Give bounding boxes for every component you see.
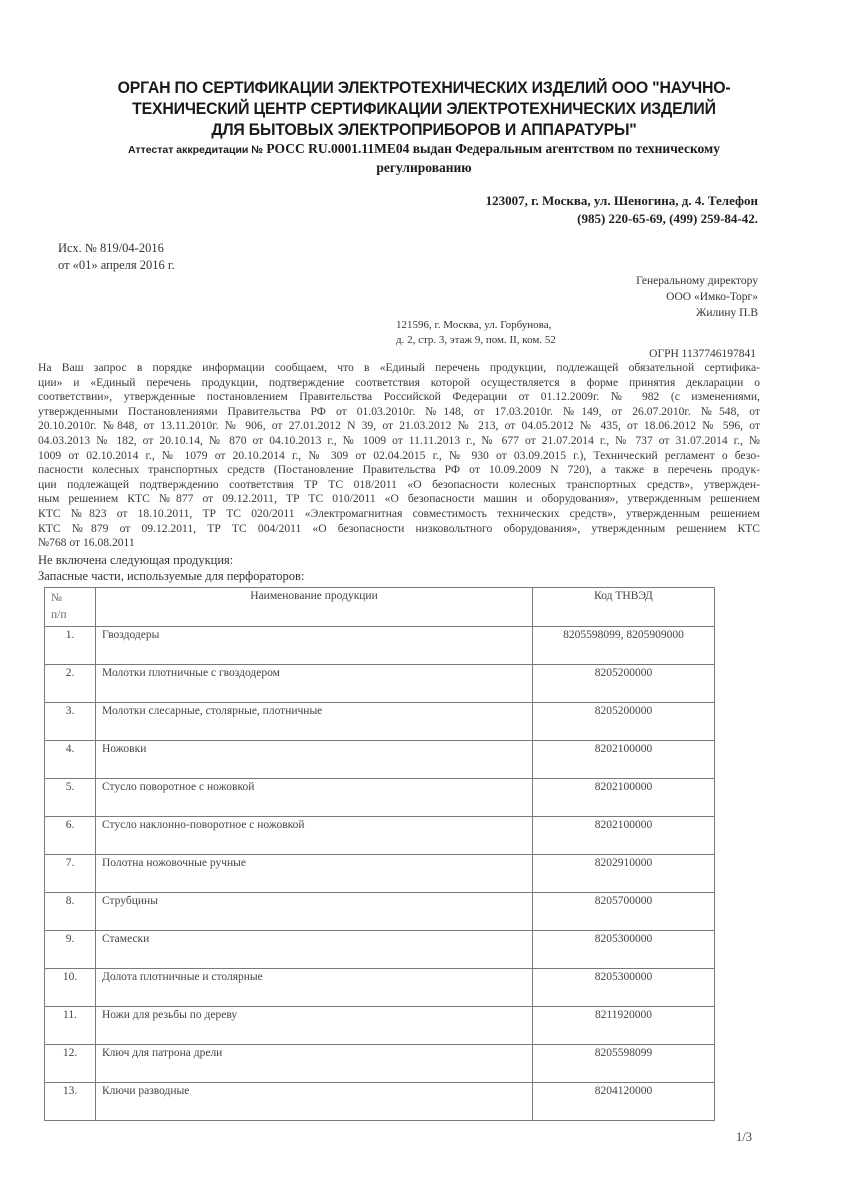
row-tnved-code: 8205598099 — [533, 1045, 715, 1083]
letter-body: На Ваш запрос в порядке информации сообщ… — [38, 361, 760, 551]
row-product-name: Гвоздодеры — [96, 627, 533, 665]
body-line: №768 от 16.08.2011 — [38, 536, 760, 551]
products-table: №п/п Наименование продукции Код ТНВЭД 1.… — [44, 587, 715, 1121]
organization-address: 123007, г. Москва, ул. Шеногина, д. 4. Т… — [486, 192, 758, 228]
row-product-name: Стусло поворотное с ножовкой — [96, 779, 533, 817]
page-number: 1/3 — [736, 1130, 752, 1145]
row-tnved-code: 8205598099, 8205909000 — [533, 627, 715, 665]
row-tnved-code: 8205700000 — [533, 893, 715, 931]
row-number: 11. — [45, 1007, 96, 1045]
row-product-name: Долота плотничные и столярные — [96, 969, 533, 1007]
table-row: 8.Струбцины8205700000 — [45, 893, 715, 931]
row-number: 4. — [45, 741, 96, 779]
table-row: 13.Ключи разводные8204120000 — [45, 1083, 715, 1121]
table-row: 2.Молотки плотничные с гвоздодером820520… — [45, 665, 715, 703]
row-tnved-code: 8202910000 — [533, 855, 715, 893]
table-header-row: №п/п Наименование продукции Код ТНВЭД — [45, 588, 715, 627]
recipient-address-line: 121596, г. Москва, ул. Горбунова, — [396, 318, 556, 333]
header-number: №п/п — [45, 588, 96, 627]
table-body: 1.Гвоздодеры8205598099, 82059090002.Моло… — [45, 627, 715, 1121]
org-title-line: ТЕХНИЧЕСКИЙ ЦЕНТР СЕРТИФИКАЦИИ ЭЛЕКТРОТЕ… — [17, 99, 831, 120]
recipient-ogrn: ОГРН 1137746197841 — [649, 348, 756, 360]
row-product-name: Стамески — [96, 931, 533, 969]
body-line: ным решением КТС №877 от 09.12.2011, ТР … — [38, 492, 760, 507]
recipient-address-line: д. 2, стр. 3, этаж 9, пом. II, ком. 52 — [396, 333, 556, 348]
outgoing-reference: Исх. № 819/04-2016 от «01» апреля 2016 г… — [58, 240, 175, 274]
recipient-position: Генеральному директору — [636, 273, 758, 289]
row-product-name: Ножи для резьбы по дереву — [96, 1007, 533, 1045]
table-row: 1.Гвоздодеры8205598099, 8205909000 — [45, 627, 715, 665]
body-line: соответствии», утвержденные постановлени… — [38, 390, 760, 405]
recipient-company: ООО «Имко-Торг» — [636, 289, 758, 305]
body-line: 20.10.2010г. №848, от 13.11.2010г. № 906… — [38, 419, 760, 434]
table-row: 9.Стамески8205300000 — [45, 931, 715, 969]
row-product-name: Стусло наклонно-поворотное с ножовкой — [96, 817, 533, 855]
row-product-name: Ключи разводные — [96, 1083, 533, 1121]
table-row: 12.Ключ для патрона дрели8205598099 — [45, 1045, 715, 1083]
row-number: 1. — [45, 627, 96, 665]
accreditation-text-2: регулированию — [0, 159, 848, 177]
row-tnved-code: 8205300000 — [533, 931, 715, 969]
body-line: 04.03.2013 № 182, от 20.10.14, № 870 от … — [38, 434, 760, 449]
body-line: КТС №823 от 18.10.2011, ТР ТС 020/2011 «… — [38, 507, 760, 522]
body-line: На Ваш запрос в порядке информации сообщ… — [38, 361, 760, 376]
body-line: 1009 от 02.10.2014 г., № 1079 от 20.10.2… — [38, 449, 760, 464]
row-number: 8. — [45, 893, 96, 931]
row-tnved-code: 8202100000 — [533, 779, 715, 817]
body-line: утвержденными Постановлениями Правительс… — [38, 405, 760, 420]
recipient-block: Генеральному директору ООО «Имко-Торг» Ж… — [636, 273, 758, 321]
body-line: ции» и «Единый перечень продукции, подтв… — [38, 376, 760, 391]
header-tnved-code: Код ТНВЭД — [533, 588, 715, 627]
row-tnved-code: 8202100000 — [533, 817, 715, 855]
row-tnved-code: 8211920000 — [533, 1007, 715, 1045]
row-number: 2. — [45, 665, 96, 703]
table-row: 6.Стусло наклонно-поворотное с ножовкой8… — [45, 817, 715, 855]
row-tnved-code: 8205200000 — [533, 703, 715, 741]
accreditation-prefix: Аттестат аккредитации № — [128, 144, 263, 156]
row-tnved-code: 8205200000 — [533, 665, 715, 703]
organization-title: ОРГАН ПО СЕРТИФИКАЦИИ ЭЛЕКТРОТЕХНИЧЕСКИХ… — [17, 78, 831, 141]
row-tnved-code: 8202100000 — [533, 741, 715, 779]
row-tnved-code: 8204120000 — [533, 1083, 715, 1121]
row-number: 10. — [45, 969, 96, 1007]
body-line: КТС №879 от 09.12.2011, ТР ТС 004/2011 «… — [38, 522, 760, 537]
body-line: ции подлежащей подтверждению соответстви… — [38, 478, 760, 493]
outgoing-date: от «01» апреля 2016 г. — [58, 257, 175, 274]
phone-line: (985) 220-65-69, (499) 259-84-42. — [486, 210, 758, 228]
table-row: 11.Ножи для резьбы по дереву8211920000 — [45, 1007, 715, 1045]
row-number: 9. — [45, 931, 96, 969]
row-number: 5. — [45, 779, 96, 817]
recipient-name: Жилину П.В — [636, 305, 758, 321]
accreditation-text: РОСС RU.0001.11МЕ04 выдан Федеральным аг… — [263, 141, 720, 156]
table-row: 3.Молотки слесарные, столярные, плотничн… — [45, 703, 715, 741]
accreditation-block: Аттестат аккредитации № РОСС RU.0001.11М… — [0, 140, 848, 177]
not-included-heading: Не включена следующая продукция: — [38, 552, 304, 568]
table-row: 7.Полотна ножовочные ручные8202910000 — [45, 855, 715, 893]
org-title-line: ДЛЯ БЫТОВЫХ ЭЛЕКТРОПРИБОРОВ И АППАРАТУРЫ… — [17, 120, 831, 141]
row-tnved-code: 8205300000 — [533, 969, 715, 1007]
table-row: 10.Долота плотничные и столярные82053000… — [45, 969, 715, 1007]
row-number: 3. — [45, 703, 96, 741]
recipient-address: 121596, г. Москва, ул. Горбунова, д. 2, … — [396, 318, 556, 348]
spare-parts-heading: Запасные части, используемые для перфора… — [38, 568, 304, 584]
table-row: 5.Стусло поворотное с ножовкой8202100000 — [45, 779, 715, 817]
org-title-line: ОРГАН ПО СЕРТИФИКАЦИИ ЭЛЕКТРОТЕХНИЧЕСКИХ… — [17, 78, 831, 99]
row-product-name: Молотки плотничные с гвоздодером — [96, 665, 533, 703]
row-number: 7. — [45, 855, 96, 893]
row-product-name: Полотна ножовочные ручные — [96, 855, 533, 893]
not-included-block: Не включена следующая продукция: Запасны… — [38, 552, 304, 584]
row-product-name: Молотки слесарные, столярные, плотничные — [96, 703, 533, 741]
row-product-name: Струбцины — [96, 893, 533, 931]
row-number: 12. — [45, 1045, 96, 1083]
row-product-name: Ключ для патрона дрели — [96, 1045, 533, 1083]
row-number: 6. — [45, 817, 96, 855]
address-line: 123007, г. Москва, ул. Шеногина, д. 4. Т… — [486, 192, 758, 210]
body-line: пасности колесных транспортных средств (… — [38, 463, 760, 478]
outgoing-number: Исх. № 819/04-2016 — [58, 240, 175, 257]
row-product-name: Ножовки — [96, 741, 533, 779]
table-row: 4.Ножовки8202100000 — [45, 741, 715, 779]
header-product-name: Наименование продукции — [96, 588, 533, 627]
row-number: 13. — [45, 1083, 96, 1121]
